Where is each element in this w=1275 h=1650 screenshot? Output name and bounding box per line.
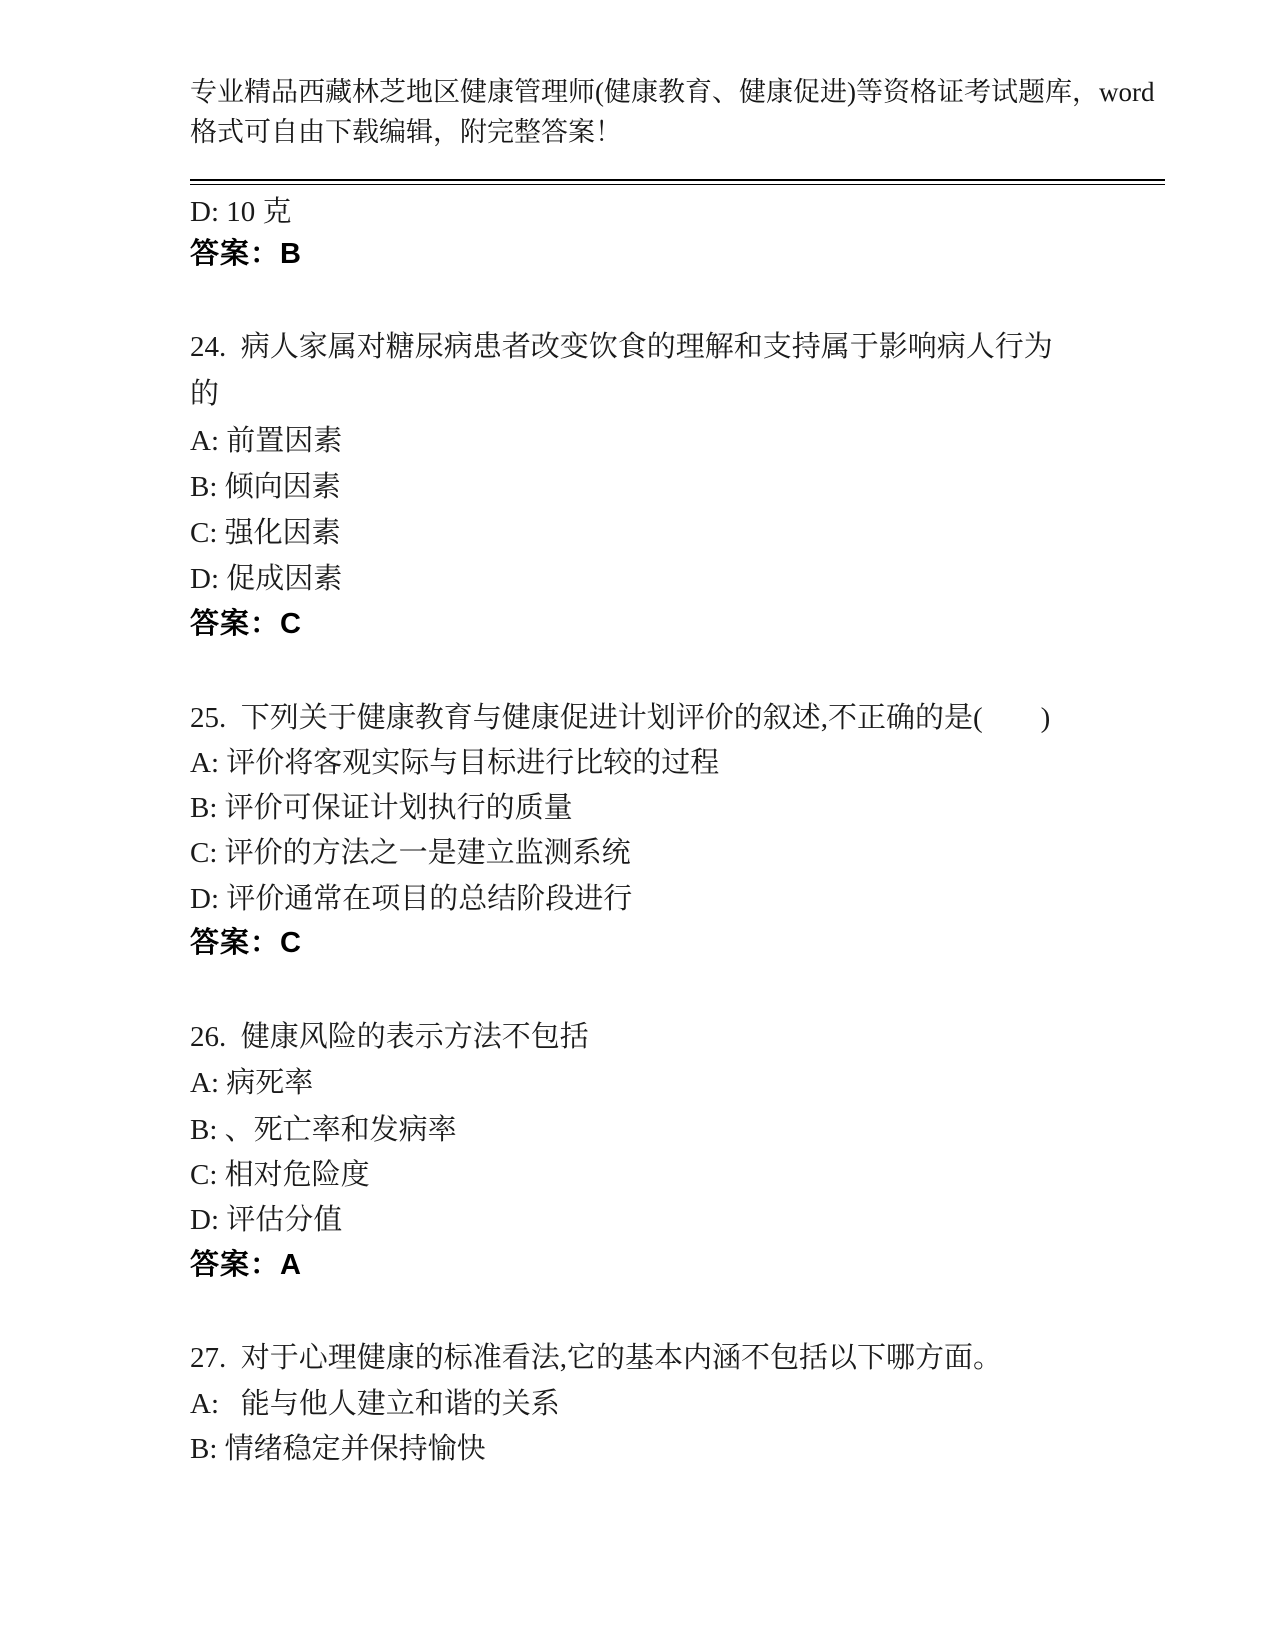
question-26-option-c: C: 相对危险度 — [190, 1152, 1180, 1198]
question-25-option-d: D: 评价通常在项目的总结阶段进行 — [190, 876, 1180, 922]
question-24-line-2: 的 — [190, 371, 1180, 417]
question-26-option-d: D: 评估分值 — [190, 1197, 1180, 1243]
question-25-line-1: 25. 下列关于健康教育与健康促进计划评价的叙述,不正确的是( ) — [190, 695, 1180, 741]
question-26-option-a: A: 病死率 — [190, 1060, 1180, 1106]
question-27-option-a: A: 能与他人建立和谐的关系 — [190, 1381, 1180, 1427]
question-24-option-a: A: 前置因素 — [190, 418, 1180, 464]
question-24-option-b: B: 倾向因素 — [190, 464, 1180, 510]
question-24-line-1: 24. 病人家属对糖尿病患者改变饮食的理解和支持属于影响病人行为 — [190, 324, 1180, 370]
prev-question-option-d: D: 10 克 — [190, 189, 1180, 235]
document-page: 专业精品西藏林芝地区健康管理师(健康教育、健康促进)等资格证考试题库，word … — [0, 0, 1275, 1650]
question-26-option-b: B: 、死亡率和发病率 — [190, 1107, 1180, 1153]
question-24-option-d: D: 促成因素 — [190, 556, 1180, 602]
header-line-2: 格式可自由下载编辑，附完整答案！ — [190, 112, 1165, 152]
question-24-answer: 答案：C — [190, 601, 1180, 647]
question-25-option-a: A: 评价将客观实际与目标进行比较的过程 — [190, 740, 1180, 786]
question-25-answer: 答案：C — [190, 920, 1180, 966]
question-25-option-c: C: 评价的方法之一是建立监测系统 — [190, 830, 1180, 876]
question-27-option-b: B: 情绪稳定并保持愉快 — [190, 1426, 1180, 1472]
header-divider — [190, 179, 1165, 185]
question-26-line-1: 26. 健康风险的表示方法不包括 — [190, 1014, 1180, 1060]
question-26-answer: 答案：A — [190, 1242, 1180, 1288]
header-line-1: 专业精品西藏林芝地区健康管理师(健康教育、健康促进)等资格证考试题库，word — [190, 72, 1165, 112]
prev-question-answer: 答案：B — [190, 231, 1180, 277]
question-27-line-1: 27. 对于心理健康的标准看法,它的基本内涵不包括以下哪方面。 — [190, 1335, 1180, 1381]
question-25-option-b: B: 评价可保证计划执行的质量 — [190, 785, 1180, 831]
question-24-option-c: C: 强化因素 — [190, 510, 1180, 556]
